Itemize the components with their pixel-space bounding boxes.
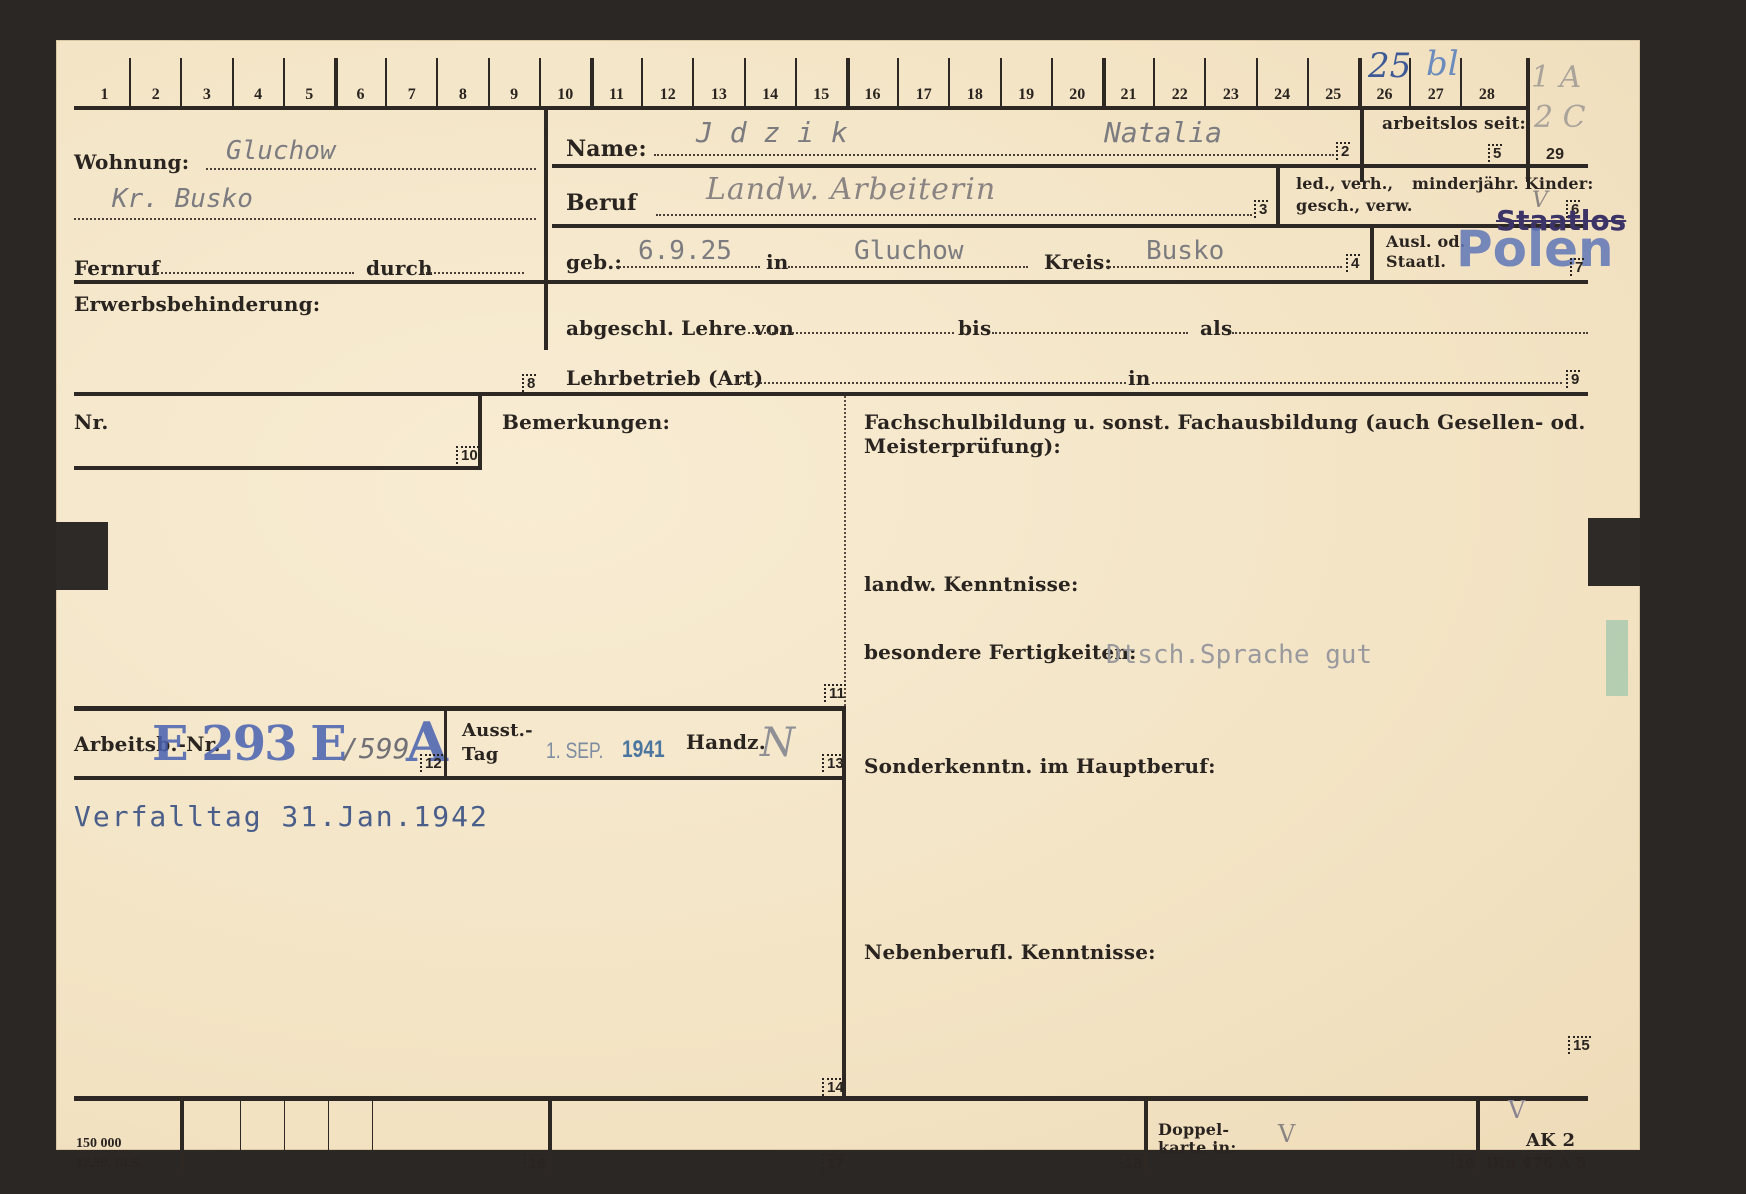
column-number: 22 xyxy=(1154,86,1205,104)
field-no-19: 19 xyxy=(1452,1154,1475,1172)
lehre-von-rule xyxy=(748,332,954,334)
fernruf-durch-label: durch xyxy=(366,256,433,280)
handz-label: Handz. xyxy=(686,730,766,754)
column-number: 23 xyxy=(1205,86,1256,104)
wohnung-line1[interactable]: Gluchow xyxy=(226,136,336,166)
print-code: 12.39. Bl.S. xyxy=(76,1156,143,1172)
lehre-als-label: als xyxy=(1200,316,1232,340)
column-number: 15 xyxy=(796,86,847,104)
lehrbetrieb-label: Lehrbetrieb (Art) xyxy=(566,366,763,390)
wohnung-label: Wohnung: xyxy=(74,150,189,174)
field-no-2: 2 xyxy=(1336,142,1350,160)
fernruf-label: Fernruf xyxy=(74,256,160,280)
field-no-5: 5 xyxy=(1488,144,1502,162)
footer-grid-2 xyxy=(284,1101,285,1171)
column-number: 26 xyxy=(1359,86,1410,104)
rule-row2-bottom xyxy=(74,392,1588,396)
name-rule xyxy=(654,154,1334,156)
landw-label: landw. Kenntnisse: xyxy=(864,572,1079,596)
beruf-label: Beruf xyxy=(566,190,637,216)
left-column-divider xyxy=(544,110,548,350)
beruf-rule xyxy=(656,214,1252,216)
form-code: AK 2 xyxy=(1526,1130,1575,1151)
fachschul-label: Fachschulbildung u. sonst. Fachausbildun… xyxy=(864,410,1640,458)
rule-row1-bottom xyxy=(74,280,1588,284)
erwerbsbehinderung-label: Erwerbsbehinderung: xyxy=(74,292,320,316)
column-number: 3 xyxy=(181,86,232,104)
column-number: 28 xyxy=(1461,86,1512,104)
field-no-16: 16 xyxy=(524,1154,547,1172)
lehrbetrieb-in-rule xyxy=(1152,382,1562,384)
field-no-3: 3 xyxy=(1254,200,1268,218)
footer-grid-1 xyxy=(240,1101,241,1171)
field-no-9: 9 xyxy=(1566,370,1580,388)
rule-nr-bottom xyxy=(74,466,482,470)
birth-place[interactable]: Gluchow xyxy=(854,236,964,266)
field-no-15: 15 xyxy=(1568,1036,1591,1054)
bemerkungen-label: Bemerkungen: xyxy=(502,410,670,434)
beruf-value[interactable]: Landw. Arbeiterin xyxy=(706,172,996,207)
durch-rule xyxy=(422,272,524,274)
rule-beruf-bottom xyxy=(552,224,1588,228)
footer-divider-19 xyxy=(1476,1101,1480,1171)
left-index-tab xyxy=(56,522,108,590)
column-number: 20 xyxy=(1052,86,1103,104)
din-code: Din 476 A 5 xyxy=(1486,1154,1587,1172)
lehre-bis-rule xyxy=(992,332,1188,334)
field-no-8: 8 xyxy=(522,374,536,392)
column-number: 8 xyxy=(437,86,488,104)
column-number: 7 xyxy=(386,86,437,104)
lehre-als-rule xyxy=(1232,332,1588,334)
footer-divider-1 xyxy=(180,1101,184,1171)
handz-initial: N xyxy=(760,720,795,766)
corner-pencil-mark: V xyxy=(1508,1096,1525,1124)
col29-label: 29 xyxy=(1546,146,1564,164)
field-no-14: 14 xyxy=(822,1078,845,1096)
column-number: 16 xyxy=(847,86,898,104)
arbeitsbuch-stamp-prefix: E 293 E xyxy=(152,716,345,772)
wohnung-line2[interactable]: Kr. Busko xyxy=(112,184,253,214)
lehre-bis-label: bis xyxy=(958,316,991,340)
lehrbetrieb-in-label: in xyxy=(1128,366,1151,390)
handwritten-25: 25 xyxy=(1368,46,1411,86)
column-number: 14 xyxy=(745,86,796,104)
field-no-18: 18 xyxy=(1120,1154,1143,1172)
footer-divider-18 xyxy=(1144,1101,1148,1171)
registration-card: 1234567891011121314151617181920212223242… xyxy=(56,40,1640,1150)
column-number: 9 xyxy=(489,86,540,104)
form-code-rule xyxy=(1486,1152,1586,1153)
column-number: 6 xyxy=(335,86,386,104)
name-arbeitslos-divider xyxy=(1360,110,1364,182)
geb-in-label: in xyxy=(766,250,789,274)
polen-stamp: Polen xyxy=(1456,220,1614,278)
ausst-label-line2: Tag xyxy=(462,744,499,765)
footer-grid-3 xyxy=(328,1101,329,1171)
column-number: 13 xyxy=(693,86,744,104)
geb-staat-divider xyxy=(1370,228,1374,280)
birth-date[interactable]: 6.9.25 xyxy=(638,236,732,266)
kreis-value[interactable]: Busko xyxy=(1146,236,1224,266)
print-run-rule xyxy=(74,1154,172,1155)
ausst-label-line1: Ausst.- xyxy=(462,720,533,741)
column-number: 2 xyxy=(130,86,181,104)
kinder-label: minderjähr. Kinder: xyxy=(1412,174,1593,193)
field-no-11: 11 xyxy=(824,684,846,702)
familienstand-line2: gesch., verw. xyxy=(1296,196,1413,215)
pencil-mark-2c: 2 C xyxy=(1534,100,1586,135)
column-number: 5 xyxy=(284,86,335,104)
arbeitslos-label: arbeitslos seit: xyxy=(1382,114,1526,134)
wohnung-line2-rule xyxy=(74,218,536,220)
middle-divider xyxy=(842,706,846,1096)
green-ink-mark xyxy=(1606,620,1628,696)
nebenberuf-label: Nebenberufl. Kenntnisse: xyxy=(864,940,1156,964)
rule-name-bottom xyxy=(552,164,1588,168)
staat-label-line2: Staatl. xyxy=(1386,252,1446,271)
rule-arbeitsbuch-bottom xyxy=(74,776,846,780)
column-number: 19 xyxy=(1001,86,1052,104)
arbeitsbuch-divider xyxy=(444,710,447,776)
nr-label: Nr. xyxy=(74,410,109,434)
given-name-value[interactable]: Natalia xyxy=(1104,116,1222,149)
birthplace-rule xyxy=(788,266,1028,268)
column-number: 12 xyxy=(642,86,693,104)
rule-footer-top xyxy=(74,1096,1588,1101)
verfalltag-stamp: Verfalltag 31.Jan.1942 xyxy=(74,800,489,833)
rule-arbeitsbuch-top xyxy=(74,706,846,711)
sonderkenntn-label: Sonderkenntn. im Hauptberuf: xyxy=(864,754,1216,778)
arbeitsbuch-number[interactable]: /599 xyxy=(342,732,409,765)
column-number: 4 xyxy=(233,86,284,104)
bemerkungen-divider xyxy=(844,396,846,706)
name-label: Name: xyxy=(566,136,647,162)
column-number: 17 xyxy=(898,86,949,104)
familienstand-line1: led., verh., xyxy=(1296,174,1393,193)
doppelkarte-label-line1: Doppel- xyxy=(1158,1120,1229,1139)
column-number: 25 xyxy=(1308,86,1359,104)
geb-label: geb.: xyxy=(566,250,622,274)
doppelkarte-mark: V xyxy=(1278,1120,1295,1148)
footer-divider-16 xyxy=(548,1101,552,1171)
kreis-label: Kreis: xyxy=(1044,250,1112,274)
column-number: 21 xyxy=(1103,86,1154,104)
right-index-tab xyxy=(1588,518,1640,586)
column-number: 1 xyxy=(79,86,130,104)
column-number: 18 xyxy=(949,86,1000,104)
ausst-year[interactable]: 1941 xyxy=(622,736,665,764)
beruf-divider xyxy=(1276,168,1280,226)
fernruf-rule xyxy=(154,272,354,274)
field-no-12: 12 xyxy=(420,754,443,772)
handwritten-bl: bl xyxy=(1426,44,1459,84)
doppelkarte-label-line2: karte in: xyxy=(1158,1138,1236,1157)
field-no-4: 4 xyxy=(1346,254,1360,272)
lehrbetrieb-rule xyxy=(736,382,1126,384)
fertigkeiten-label: besondere Fertigkeiten: xyxy=(864,640,1137,664)
column-number: 11 xyxy=(591,86,642,104)
fertigkeiten-value[interactable]: Dtsch.Sprache gut xyxy=(1106,640,1372,670)
column-number: 27 xyxy=(1410,86,1461,104)
footer-grid-4 xyxy=(372,1101,373,1171)
surname-value[interactable]: J d z i k xyxy=(696,116,848,149)
print-run: 150 000 xyxy=(76,1136,122,1152)
field-no-17: 17 xyxy=(822,1154,845,1172)
column-number: 10 xyxy=(540,86,591,104)
column-number: 24 xyxy=(1257,86,1308,104)
geb-rule xyxy=(616,266,760,268)
kreis-rule xyxy=(1106,266,1342,268)
staat-label-line1: Ausl. od. xyxy=(1386,232,1466,251)
field-no-7: 7 xyxy=(1570,258,1584,276)
pencil-mark-1a: 1 A xyxy=(1531,60,1581,95)
ausst-date[interactable]: 1. SEP. xyxy=(546,738,603,764)
wohnung-line1-rule xyxy=(206,168,536,170)
field-no-10: 10 xyxy=(456,446,479,464)
lehre-label: abgeschl. Lehre von xyxy=(566,316,794,340)
